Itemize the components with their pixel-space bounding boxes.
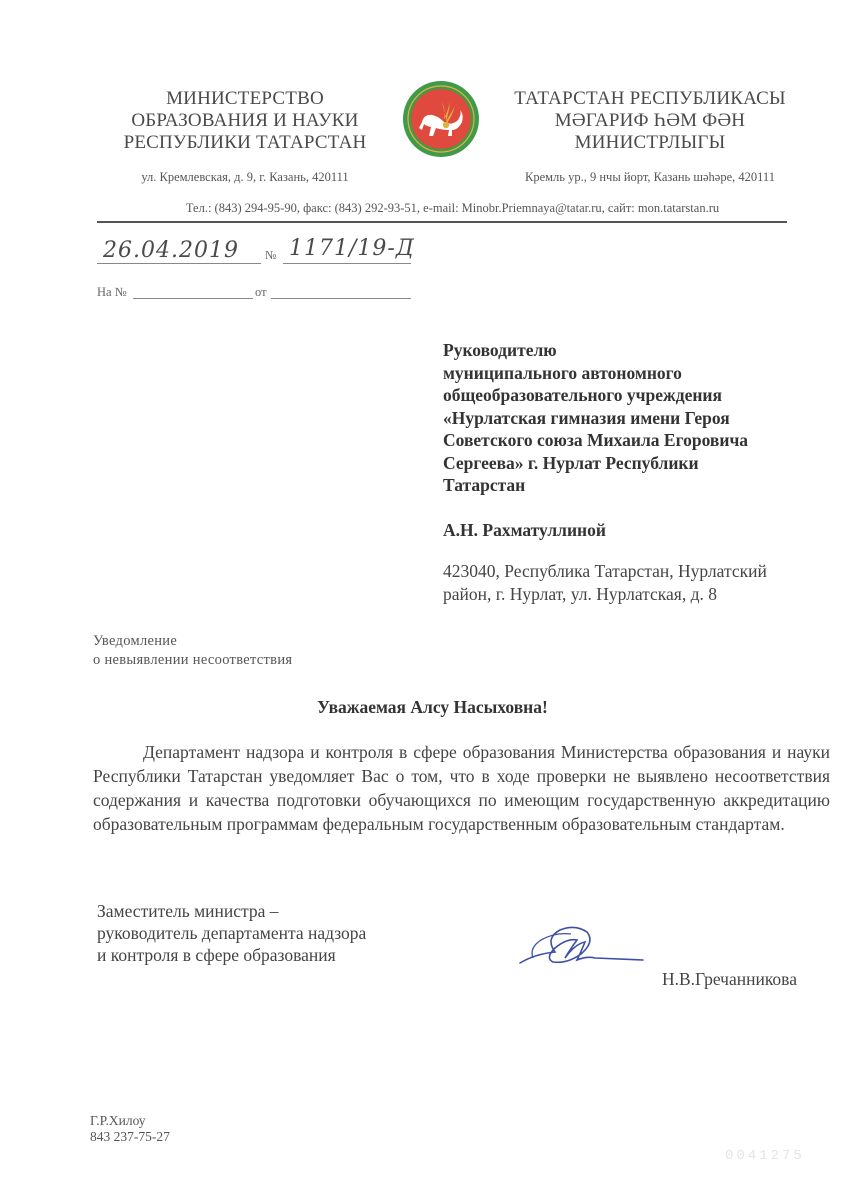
signer-title-line: и контроля в сфере образования [97, 944, 366, 966]
letterhead-right: ТАТАРСТАН РЕСПУБЛИКАСЫ МӘГАРИФ ҺӘМ ФӘН М… [495, 88, 805, 185]
ministry-name-line: МӘГАРИФ ҺӘМ ФӘН [495, 110, 805, 132]
ministry-name-tt: ТАТАРСТАН РЕСПУБЛИКАСЫ МӘГАРИФ ҺӘМ ФӘН М… [495, 88, 805, 154]
addressee-title-line: муниципального автономного [443, 362, 833, 385]
executor-phone: 843 237-75-27 [90, 1129, 170, 1145]
addressee-title-line: Советского союза Михаила Егоровича [443, 429, 833, 452]
addressee-title: Руководителю муниципального автономного … [443, 339, 833, 497]
signer-title-line: руководитель департамента надзора [97, 922, 366, 944]
reference-date-blank [271, 298, 411, 299]
addressee-address-line: район, г. Нурлат, ул. Нурлатская, д. 8 [443, 583, 833, 606]
reference-date-label: от [255, 285, 267, 300]
subject-line: Уведомление [93, 632, 292, 651]
reference-number-blank [133, 298, 253, 299]
addressee-block: Руководителю муниципального автономного … [443, 339, 833, 605]
ministry-name-line: ТАТАРСТАН РЕСПУБЛИКАСЫ [495, 88, 805, 110]
registration-line: 26.04.2019 № 1171/19-Д [97, 236, 417, 266]
addressee-title-line: Сергеева» г. Нурлат Республики [443, 452, 833, 475]
executor-name: Г.Р.Хилоу [90, 1113, 170, 1129]
executor-info: Г.Р.Хилоу 843 237-75-27 [90, 1113, 170, 1145]
addressee-title-line: общеобразовательного учреждения [443, 384, 833, 407]
ministry-name-line: МИНИСТЕРСТВО [95, 88, 395, 110]
registration-date: 26.04.2019 [103, 238, 239, 263]
addressee-title-line: «Нурлатская гимназия имени Героя [443, 407, 833, 430]
number-label: № [265, 248, 276, 263]
signer-title-line: Заместитель министра – [97, 900, 366, 922]
letter-body: Департамент надзора и контроля в сфере о… [93, 740, 830, 836]
ministry-name-ru: МИНИСТЕРСТВО ОБРАЗОВАНИЯ И НАУКИ РЕСПУБЛ… [95, 88, 395, 154]
form-serial-number: 0041275 [725, 1148, 805, 1164]
addressee-address: 423040, Республика Татарстан, Нурлатский… [443, 560, 833, 605]
addressee-name: А.Н. Рахматуллиной [443, 519, 833, 542]
number-underline [283, 263, 411, 264]
ministry-address-tt: Кремль ур., 9 нчы йорт, Казань шәһәре, 4… [495, 170, 805, 185]
letterhead-left: МИНИСТЕРСТВО ОБРАЗОВАНИЯ И НАУКИ РЕСПУБЛ… [95, 88, 395, 185]
letter-subject: Уведомление о невыявлении несоответствия [93, 632, 292, 670]
ministry-name-line: РЕСПУБЛИКИ ТАТАРСТАН [95, 132, 395, 154]
addressee-address-line: 423040, Республика Татарстан, Нурлатский [443, 560, 833, 583]
ministry-name-line: МИНИСТРЛЫГЫ [495, 132, 805, 154]
header-divider [97, 221, 787, 223]
addressee-title-line: Руководителю [443, 339, 833, 362]
contact-line: Тел.: (843) 294-95-90, факс: (843) 292-9… [120, 201, 785, 216]
ministry-address-ru: ул. Кремлевская, д. 9, г. Казань, 420111 [95, 170, 395, 185]
date-underline [97, 263, 261, 264]
registration-number: 1171/19-Д [289, 236, 415, 261]
addressee-title-line: Татарстан [443, 474, 833, 497]
reference-number-label: На № [97, 285, 127, 300]
subject-line: о невыявлении несоответствия [93, 651, 292, 670]
greeting: Уважаемая Алсу Насыховна! [0, 697, 865, 718]
signer-name: Н.В.Гречанникова [662, 969, 797, 990]
signer-title: Заместитель министра – руководитель депа… [97, 900, 366, 966]
coat-of-arms-icon [402, 80, 480, 158]
reference-line: На № от [97, 285, 417, 303]
ministry-name-line: ОБРАЗОВАНИЯ И НАУКИ [95, 110, 395, 132]
handwritten-signature-icon [515, 918, 645, 978]
